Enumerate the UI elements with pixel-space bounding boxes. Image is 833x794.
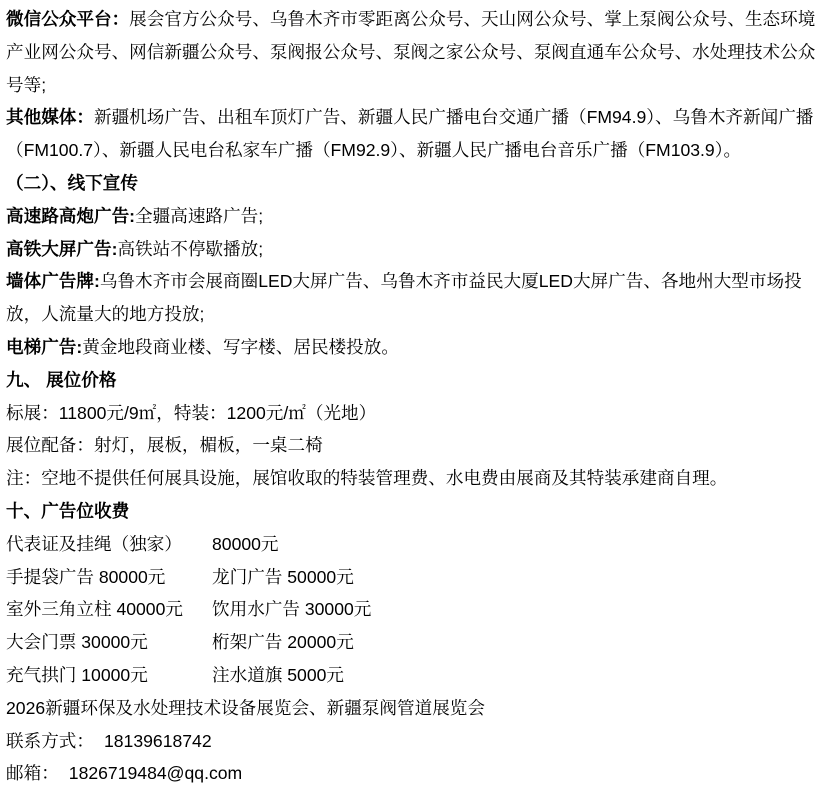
ad-fee-item-right: 饮用水广告 30000元 (212, 599, 371, 619)
contact-phone-label: 联系方式： (6, 731, 94, 751)
ad-fee-row: 大会门票 30000元桁架广告 20000元 (6, 626, 827, 659)
rail-screen-text: 高铁站不停歇播放; (117, 239, 263, 259)
booth-price-heading: 九、 展位价格 (6, 364, 827, 397)
elevator-ad-label: 电梯广告: (6, 337, 82, 357)
ad-fee-row: 充气拱门 10000元注水道旗 5000元 (6, 659, 827, 692)
booth-equipment-line: 展位配备：射灯，展板，楣板，一桌二椅 (6, 429, 827, 462)
contact-email-value: 1826719484@qq.com (69, 763, 242, 783)
ad-fee-item-right: 80000元 (212, 534, 279, 554)
ad-fee-row: 室外三角立柱 40000元饮用水广告 30000元 (6, 593, 827, 626)
highway-billboard-label: 高速路高炮广告: (6, 206, 135, 226)
exhibition-name-line: 2026新疆环保及水处理技术设备展览会、新疆泵阀管道展览会 (6, 692, 827, 725)
rail-screen-label: 高铁大屏广告: (6, 239, 117, 259)
elevator-ad-text: 黄金地段商业楼、写字楼、居民楼投放。 (82, 337, 399, 357)
highway-billboard-text: 全疆高速路广告; (135, 206, 263, 226)
wall-billboard-label: 墙体广告牌: (6, 271, 100, 291)
rail-screen-paragraph: 高铁大屏广告:高铁站不停歇播放; (6, 233, 827, 266)
ad-fee-item-left: 手提袋广告 80000元 (6, 561, 212, 594)
ad-fee-heading: 十、广告位收费 (6, 495, 827, 528)
ad-fee-item-left: 室外三角立柱 40000元 (6, 593, 212, 626)
wall-billboard-paragraph: 墙体广告牌:乌鲁木齐市会展商圈LED大屏广告、乌鲁木齐市益民大厦LED大屏广告、… (6, 265, 827, 331)
elevator-ad-paragraph: 电梯广告:黄金地段商业楼、写字楼、居民楼投放。 (6, 331, 827, 364)
highway-billboard-paragraph: 高速路高炮广告:全疆高速路广告; (6, 200, 827, 233)
ad-fee-item-right: 注水道旗 5000元 (212, 665, 344, 685)
wechat-platform-label: 微信公众平台： (6, 9, 129, 29)
contact-email-line: 邮箱：1826719484@qq.com (6, 757, 827, 790)
booth-price-line: 标展：11800元/9㎡，特装：1200元/㎡（光地） (6, 397, 827, 430)
ad-fee-item-left: 大会门票 30000元 (6, 626, 212, 659)
booth-note-line: 注：空地不提供任何展具设施，展馆收取的特装管理费、水电费由展商及其特装承建商自理… (6, 462, 827, 495)
ad-fee-item-left: 充气拱门 10000元 (6, 659, 212, 692)
contact-email-label: 邮箱： (6, 763, 59, 783)
ad-fee-row: 手提袋广告 80000元龙门广告 50000元 (6, 561, 827, 594)
ad-fee-item-left: 代表证及挂绳（独家） (6, 528, 212, 561)
wall-billboard-text: 乌鲁木齐市会展商圈LED大屏广告、乌鲁木齐市益民大厦LED大屏广告、各地州大型市… (6, 271, 802, 324)
other-media-paragraph: 其他媒体：新疆机场广告、出租车顶灯广告、新疆人民广播电台交通广播（FM94.9）… (6, 101, 827, 167)
contact-phone-value: 18139618742 (104, 731, 212, 751)
contact-phone-line: 联系方式：18139618742 (6, 725, 827, 758)
ad-fee-item-right: 桁架广告 20000元 (212, 632, 354, 652)
other-media-label: 其他媒体： (6, 107, 94, 127)
wechat-platform-paragraph: 微信公众平台：展会官方公众号、乌鲁木齐市零距离公众号、天山网公众号、掌上泵阀公众… (6, 3, 827, 101)
other-media-text: 新疆机场广告、出租车顶灯广告、新疆人民广播电台交通广播（FM94.9）、乌鲁木齐… (6, 107, 813, 160)
ad-fee-item-right: 龙门广告 50000元 (212, 567, 354, 587)
offline-promotion-heading: （二）、线下宣传 (6, 167, 827, 200)
document-page: 微信公众平台：展会官方公众号、乌鲁木齐市零距离公众号、天山网公众号、掌上泵阀公众… (0, 0, 833, 794)
ad-fee-row: 代表证及挂绳（独家）80000元 (6, 528, 827, 561)
